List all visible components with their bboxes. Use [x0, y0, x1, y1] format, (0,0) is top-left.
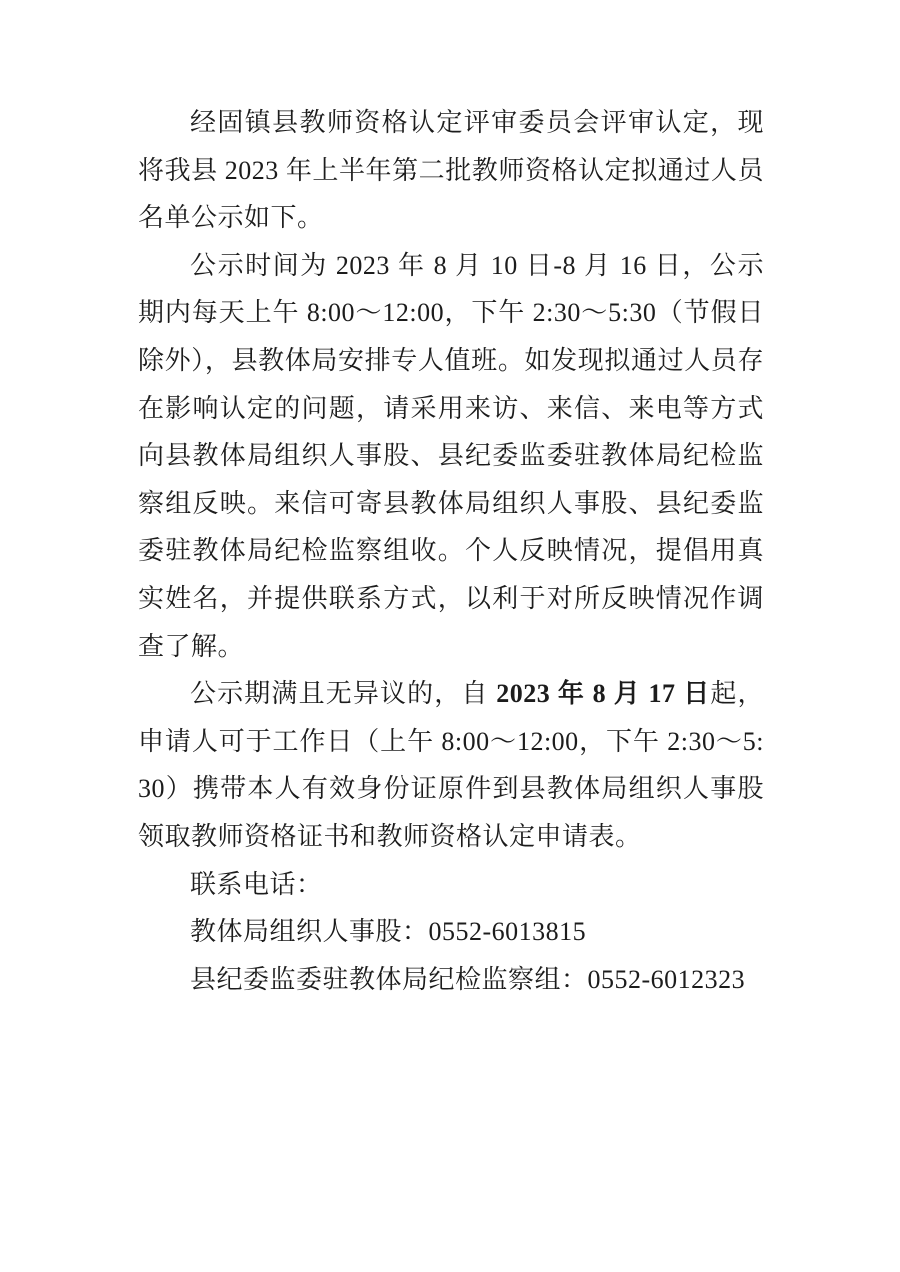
contact-heading: 联系电话： — [138, 861, 764, 909]
paragraph-certificate-pickup: 公示期满且无异议的，自 2023 年 8 月 17 日起，申请人可于工作日（上午… — [138, 670, 764, 860]
contact-phone-personnel-section: 教体局组织人事股：0552-6013815 — [138, 908, 764, 956]
pickup-text-before: 公示期满且无异议的，自 — [190, 679, 496, 708]
document-page: 经固镇县教师资格认定评审委员会评审认定，现将我县 2023 年上半年第二批教师资… — [0, 0, 900, 1272]
document-content: 经固镇县教师资格认定评审委员会评审认定，现将我县 2023 年上半年第二批教师资… — [138, 99, 764, 1003]
pickup-start-date: 2023 年 8 月 17 日 — [496, 679, 710, 708]
paragraph-intro: 经固镇县教师资格认定评审委员会评审认定，现将我县 2023 年上半年第二批教师资… — [138, 99, 764, 242]
contact-phone-discipline-inspection: 县纪委监委驻教体局纪检监察组：0552-6012323 — [138, 956, 764, 1004]
paragraph-notice-period: 公示时间为 2023 年 8 月 10 日-8 月 16 日，公示期内每天上午 … — [138, 242, 764, 670]
